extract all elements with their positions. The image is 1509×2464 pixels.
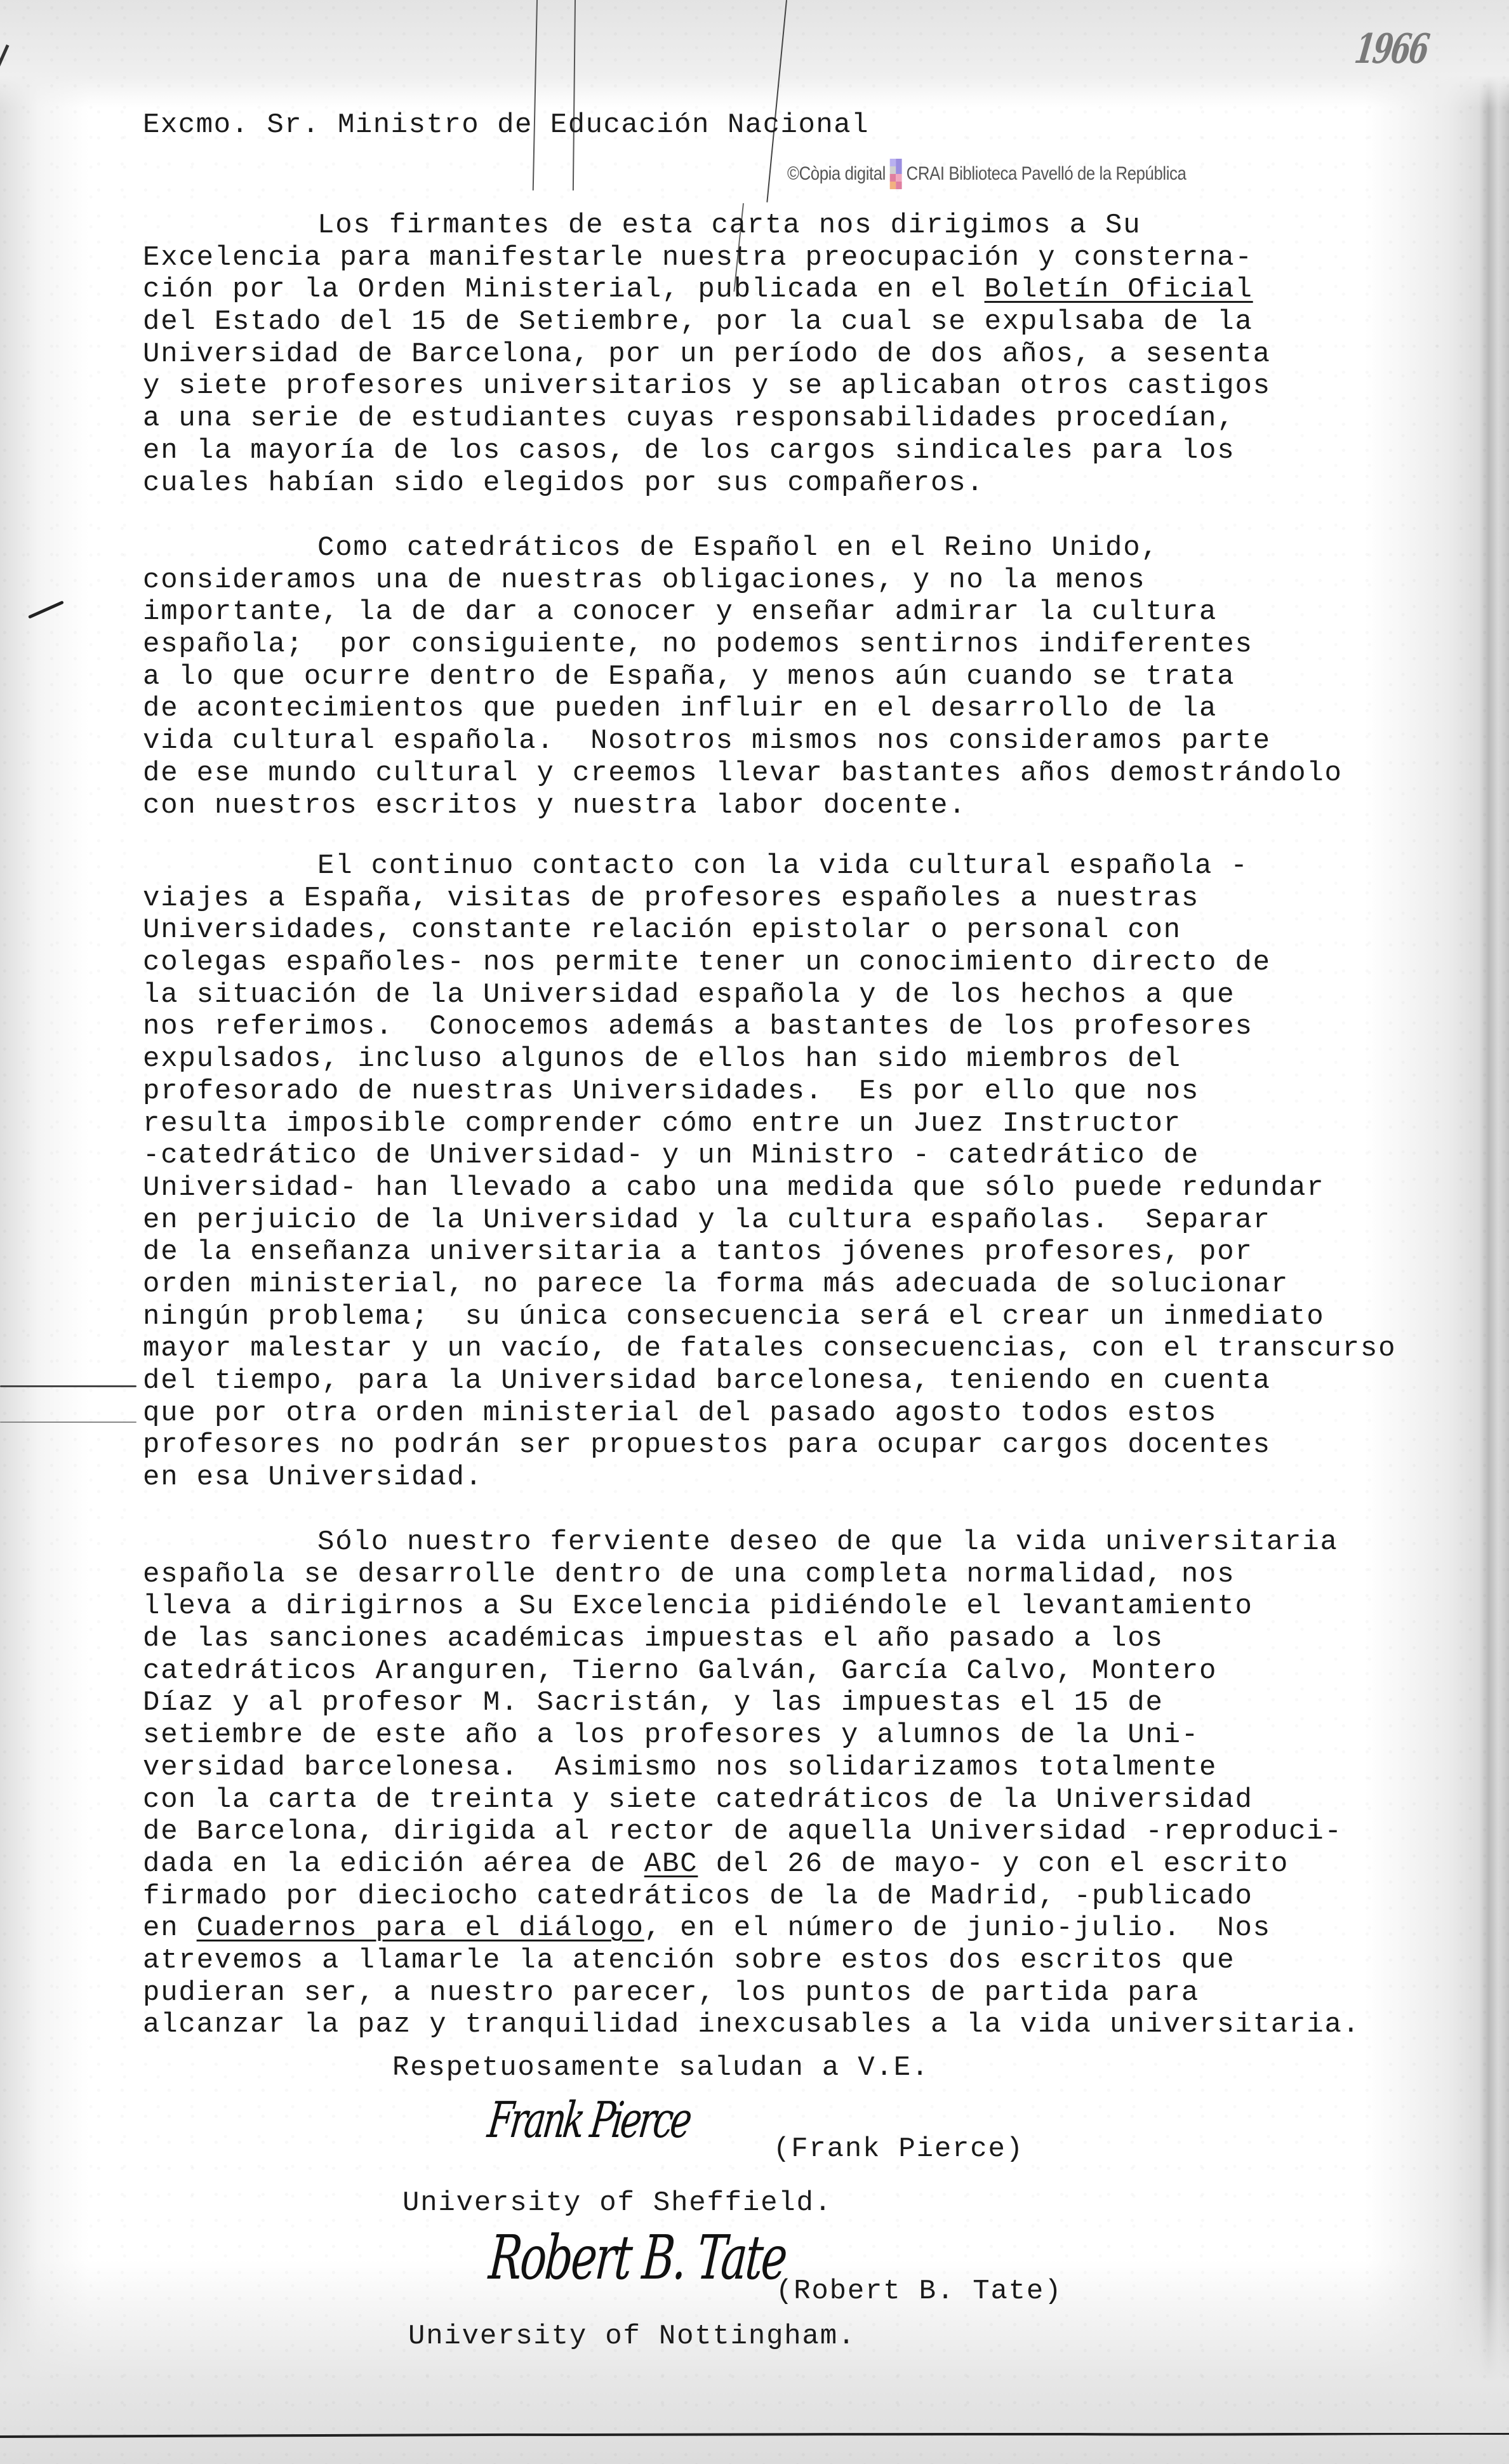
- text-line: colegas españoles- nos permite tener un …: [143, 947, 1489, 979]
- margin-check-mark: [28, 601, 64, 619]
- affiliation-nottingham: University of Nottingham.: [408, 2321, 856, 2352]
- text-line: a una serie de estudiantes cuyas respons…: [143, 403, 1489, 435]
- text-line: nos referimos. Conocemos además a bastan…: [143, 1011, 1489, 1043]
- handwritten-signature-frank-pierce: Frank Pierce: [485, 2092, 693, 2149]
- text-line: con la carta de treinta y siete catedrát…: [143, 1784, 1489, 1816]
- bottom-fold-line: [0, 2433, 1509, 2438]
- text-line: atrevemos a llamarle la atención sobre e…: [143, 1945, 1489, 1977]
- text-line: del tiempo, para la Universidad barcelon…: [143, 1365, 1489, 1397]
- underlined-title-cuadernos: Cuadernos para el diálogo: [197, 1912, 644, 1944]
- text-line: viajes a España, visitas de profesores e…: [143, 882, 1489, 915]
- watermark-library-name: CRAI Biblioteca Pavelló de la República: [907, 163, 1187, 185]
- text-line: Universidad- han llevado a cabo una medi…: [143, 1172, 1489, 1204]
- text-line: Como catedráticos de Español en el Reino…: [143, 532, 1489, 564]
- text-line: lleva a dirigirnos a Su Excelencia pidié…: [143, 1590, 1489, 1623]
- text-line: Sólo nuestro ferviente deseo de que la v…: [143, 1526, 1489, 1559]
- text-line: cuales habían sido elegidos por sus comp…: [143, 467, 1489, 500]
- letter-paragraph-1: Los firmantes de esta carta nos dirigimo…: [143, 210, 1489, 499]
- text-line: dada en la edición aérea de ABC del 26 d…: [143, 1848, 1489, 1881]
- text-line: Universidades, constante relación episto…: [143, 914, 1489, 947]
- text-line: consideramos una de nuestras obligacione…: [143, 564, 1489, 597]
- text-line: del Estado del 15 de Setiembre, por la c…: [143, 306, 1489, 338]
- text-line: orden ministerial, no parece la forma má…: [143, 1269, 1489, 1301]
- text-segment: ción por la Orden Ministerial, publicada…: [143, 274, 985, 305]
- text-line: mayor malestar y un vacío, de fatales co…: [143, 1333, 1489, 1365]
- text-line: la situación de la Universidad española …: [143, 979, 1489, 1011]
- margin-line-mark: [0, 1385, 136, 1387]
- text-line: -catedrático de Universidad- y un Minist…: [143, 1140, 1489, 1172]
- letter-paragraph-2: Como catedráticos de Español en el Reino…: [143, 532, 1489, 822]
- text-line: firmado por dieciocho catedráticos de la…: [143, 1881, 1489, 1913]
- text-line: Díaz y al profesor M. Sacristán, y las i…: [143, 1687, 1489, 1719]
- text-line: y siete profesores universitarios y se a…: [143, 370, 1489, 403]
- scanned-letter-page: 1966 Excmo. Sr. Ministro de Educación Na…: [0, 0, 1509, 2464]
- text-segment: dada en la edición aérea de: [143, 1848, 644, 1880]
- text-line: catedráticos Aranguren, Tierno Galván, G…: [143, 1655, 1489, 1688]
- text-line: ningún problema; su única consecuencia s…: [143, 1301, 1489, 1333]
- margin-line-mark: [0, 1422, 136, 1423]
- text-line: expulsados, incluso algunos de ellos han…: [143, 1043, 1489, 1076]
- text-line: española; por consiguiente, no podemos s…: [143, 629, 1489, 661]
- text-line: en Cuadernos para el diálogo, en el núme…: [143, 1912, 1489, 1945]
- text-line: setiembre de este año a los profesores y…: [143, 1719, 1489, 1752]
- text-line: de ese mundo cultural y creemos llevar b…: [143, 757, 1489, 790]
- letter-paragraph-3: El continuo contacto con la vida cultura…: [143, 850, 1489, 1494]
- text-line: ción por la Orden Ministerial, publicada…: [143, 274, 1489, 306]
- text-line: pudieran ser, a nuestro parecer, los pun…: [143, 1977, 1489, 2009]
- text-line: de la enseñanza universitaria a tantos j…: [143, 1236, 1489, 1269]
- watermark-copyright-text: ©Còpia digital: [787, 163, 886, 185]
- text-line: Los firmantes de esta carta nos dirigimo…: [143, 210, 1489, 242]
- letter-closing: Respetuosamente saludan a V.E.: [392, 2052, 929, 2084]
- text-segment: , en el número de junio-julio. Nos: [644, 1912, 1271, 1944]
- text-line: resulta imposible comprender cómo entre …: [143, 1108, 1489, 1140]
- text-line: de las sanciones académicas impuestas el…: [143, 1623, 1489, 1655]
- affiliation-sheffield: University of Sheffield.: [402, 2187, 832, 2219]
- text-line: Excelencia para manifestarle nuestra pre…: [143, 242, 1489, 274]
- text-line: El continuo contacto con la vida cultura…: [143, 850, 1489, 882]
- underlined-title-boletin-oficial: Boletín Oficial: [985, 274, 1253, 305]
- text-line: en esa Universidad.: [143, 1462, 1489, 1494]
- typed-name-frank-pierce: (Frank Pierce): [773, 2133, 1024, 2165]
- text-segment: en: [143, 1912, 197, 1944]
- text-line: Universidad de Barcelona, por un período…: [143, 338, 1489, 371]
- letter-salutation: Excmo. Sr. Ministro de Educación Naciona…: [143, 109, 869, 141]
- letter-paragraph-4: Sólo nuestro ferviente deseo de que la v…: [143, 1526, 1489, 2041]
- library-watermark: ©Còpia digital CRAI Biblioteca Pavelló d…: [787, 161, 1186, 187]
- text-line: de acontecimientos que pueden influir en…: [143, 693, 1489, 725]
- text-line: a lo que ocurre dentro de España, y meno…: [143, 661, 1489, 693]
- text-line: en la mayoría de los casos, de los cargo…: [143, 435, 1489, 467]
- text-line: profesores no podrán ser propuestos para…: [143, 1429, 1489, 1462]
- handwritten-signature-robert-tate: Robert B. Tate: [487, 2222, 788, 2293]
- text-line: vida cultural española. Nosotros mismos …: [143, 725, 1489, 757]
- scan-shading-top: [0, 0, 1509, 108]
- text-line: de Barcelona, dirigida al rector de aque…: [143, 1816, 1489, 1848]
- typed-name-robert-tate: (Robert B. Tate): [776, 2275, 1062, 2307]
- text-line: alcanzar la paz y tranquilidad inexcusab…: [143, 2009, 1489, 2041]
- library-logo-icon: [890, 159, 902, 189]
- text-line: profesorado de nuestras Universidades. E…: [143, 1076, 1489, 1108]
- text-line: que por otra orden ministerial del pasad…: [143, 1397, 1489, 1430]
- text-line: importante, la de dar a conocer y enseña…: [143, 596, 1489, 629]
- text-segment: del 26 de mayo- y con el escrito: [698, 1848, 1289, 1880]
- text-line: versidad barcelonesa. Asimismo nos solid…: [143, 1752, 1489, 1784]
- handwritten-year-annotation: 1966: [1352, 25, 1430, 73]
- underlined-title-abc: ABC: [644, 1848, 698, 1880]
- text-line: española se desarrolle dentro de una com…: [143, 1559, 1489, 1591]
- text-line: con nuestros escritos y nuestra labor do…: [143, 790, 1489, 822]
- text-line: en perjuicio de la Universidad y la cult…: [143, 1204, 1489, 1237]
